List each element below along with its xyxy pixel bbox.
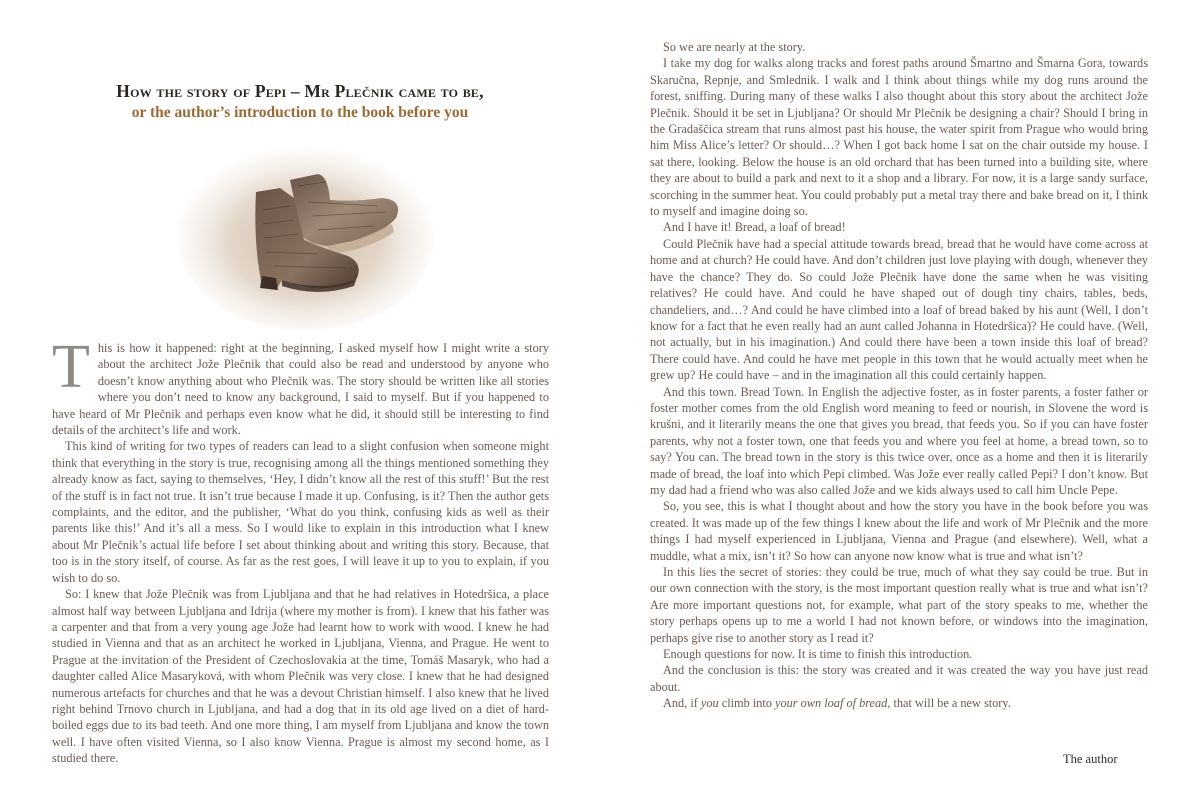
chapter-subtitle: or the author’s introduction to the book…	[0, 104, 600, 122]
left-page: How the story of Pepi – Mr Plečnik came …	[0, 0, 600, 808]
paragraph: Enough questions for now. It is time to …	[650, 646, 1148, 662]
paragraph: This kind of writing for two types of re…	[52, 438, 549, 586]
paragraph: In this lies the secret of stories: they…	[650, 564, 1148, 646]
paragraph: I take my dog for walks along tracks and…	[650, 55, 1148, 219]
drop-cap: T	[52, 343, 90, 391]
paragraph: So we are nearly at the story.	[650, 39, 1148, 55]
paragraph: Could Plečnik have had a special attitud…	[650, 236, 1148, 384]
final-paragraph: And, if you climb into your own loaf of …	[650, 695, 1148, 711]
paragraph-intro: This is how it happened: right at the be…	[52, 340, 549, 438]
paragraph: And this town. Bread Town. In English th…	[650, 384, 1148, 499]
right-page-body: So we are nearly at the story. I take my…	[650, 39, 1148, 712]
paragraph: And the conclusion is this: the story wa…	[650, 662, 1148, 695]
paragraph: So: I knew that Jože Plečnik was from Lj…	[52, 586, 549, 766]
left-page-body: This is how it happened: right at the be…	[52, 340, 549, 767]
chapter-title: How the story of Pepi – Mr Plečnik came …	[0, 81, 600, 102]
paragraph: And I have it! Bread, a loaf of bread!	[650, 219, 1148, 235]
boots-illustration-icon	[178, 140, 434, 330]
author-signature: The author	[1063, 752, 1118, 767]
paragraph: So, you see, this is what I thought abou…	[650, 498, 1148, 564]
